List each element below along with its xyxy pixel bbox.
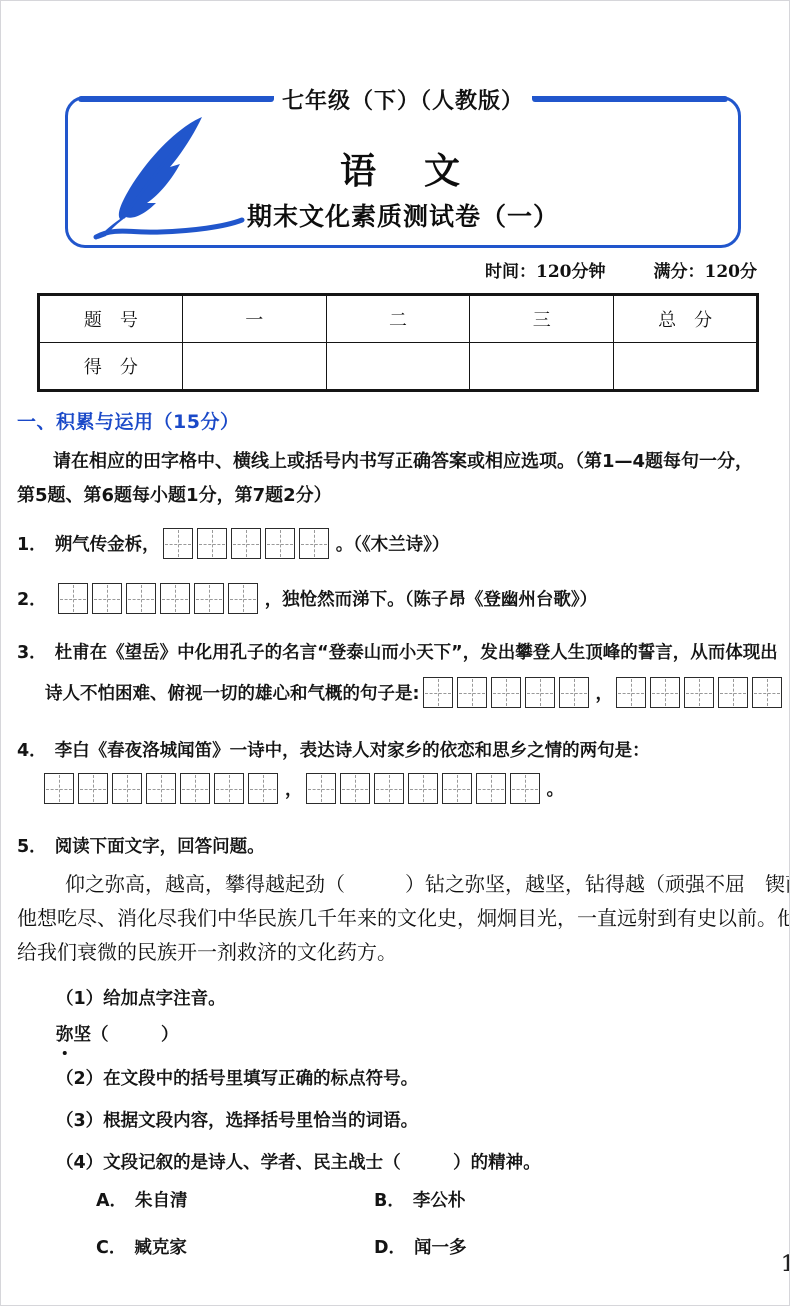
question-4-answer-grid-b: [306, 773, 544, 804]
instructions-line-1: 请在相应的田字格中、横线上或括号内书写正确答案或相应选项。（第1—4题每句一分，: [17, 445, 777, 479]
question-4: 4． 李白《春夜洛城闻笛》一诗中，表达诗人对家乡的依恋和思乡之情的两句是：: [17, 737, 650, 762]
banner-line-left: [78, 96, 274, 102]
tianzige-cell: [265, 528, 295, 559]
option-a-text: 朱自清: [135, 1187, 188, 1212]
score-table: 题 号 一 二 三 总 分 得 分: [37, 293, 759, 392]
tianzige-cell: [248, 773, 278, 804]
score-table-cell-total: 总 分: [614, 295, 758, 343]
tianzige-cell: [214, 773, 244, 804]
question-1-answer-grid: [163, 528, 333, 559]
option-d-text: 闻一多: [414, 1234, 467, 1259]
option-d: D． 闻一多: [374, 1234, 696, 1259]
passage-line-3: 给我们衰微的民族开一剂救济的文化药方。: [17, 935, 779, 969]
question-4-separator: ，: [285, 776, 303, 801]
question-3-answer-grid-b: [616, 677, 786, 708]
question-4-period: 。: [547, 776, 565, 801]
question-5-passage: 仰之弥高，越高，攀得越起劲（ ）钻之弥坚，越坚，钻得越（顽强不屈 锲而不舍）。 …: [17, 867, 779, 969]
option-c: C． 臧克家: [96, 1234, 374, 1259]
option-a-label: A．: [96, 1187, 127, 1212]
exam-paper-page: 七年级（下）（人教版） 语 文 期末文化素质测试卷（一） 时间：120分钟 满分…: [0, 0, 790, 1306]
page-number: 1: [781, 1251, 790, 1277]
tianzige-cell: [228, 583, 258, 614]
tianzige-cell: [299, 528, 329, 559]
tianzige-cell: [194, 583, 224, 614]
question-3-text-line-2: 诗人不怕困难、俯视一切的雄心和气概的句子是:: [45, 680, 420, 705]
dotted-character: 弥: [56, 1021, 74, 1046]
tianzige-cell: [44, 773, 74, 804]
score-table-cell-label: 题 号: [39, 295, 183, 343]
tianzige-cell: [163, 528, 193, 559]
title-box: 七年级（下）（人教版） 语 文 期末文化素质测试卷（一）: [65, 96, 741, 248]
grade-banner: 七年级（下）（人教版）: [78, 85, 728, 113]
passage-line-2: 他想吃尽、消化尽我们中华民族几千年来的文化史，炯炯目光，一直远射到有史以前。他要: [17, 901, 779, 935]
tianzige-cell: [476, 773, 506, 804]
score-table-cell-two: 二: [326, 295, 470, 343]
tianzige-cell: [408, 773, 438, 804]
option-b: B． 李公朴: [374, 1187, 696, 1212]
tianzige-cell: [197, 528, 227, 559]
question-1-source: 。（《木兰诗》）: [336, 531, 450, 556]
tianzige-cell: [306, 773, 336, 804]
question-5-sub-1: （1）给加点字注音。: [56, 985, 226, 1010]
score-table-header-row: 题 号 一 二 三 总 分: [39, 295, 758, 343]
tianzige-cell: [160, 583, 190, 614]
tianzige-cell: [525, 677, 555, 708]
score-cell-empty: [326, 343, 470, 391]
question-5-sub-2: （2）在文段中的括号里填写正确的标点符号。: [56, 1065, 418, 1090]
full-score: 满分：120分: [654, 257, 758, 282]
question-2: 2． ，独怆然而涕下。（陈子昂《登幽州台歌》）: [17, 583, 597, 614]
tianzige-cell: [457, 677, 487, 708]
tianzige-cell: [616, 677, 646, 708]
question-5-options: A． 朱自清 B． 李公朴 C． 臧克家 D． 闻一多: [96, 1187, 696, 1259]
question-3-separator: ，: [596, 680, 614, 705]
option-c-label: C．: [96, 1234, 126, 1259]
tianzige-cell: [58, 583, 88, 614]
question-5-sub-3: （3）根据文段内容，选择括号里恰当的词语。: [56, 1107, 418, 1132]
exam-subtitle: 期末文化素质测试卷（一）: [68, 197, 738, 233]
score-table-cell-three: 三: [470, 295, 614, 343]
question-4-answer-grid-a: [44, 773, 282, 804]
question-1-number: 1．: [17, 531, 47, 556]
tianzige-cell: [340, 773, 370, 804]
question-5-prompt: 阅读下面文字，回答问题。: [55, 833, 265, 858]
score-table-cell-one: 一: [182, 295, 326, 343]
score-cell-empty: [614, 343, 758, 391]
score-cell-empty: [182, 343, 326, 391]
sub-1-item-rest: 坚（ ）: [74, 1025, 179, 1045]
question-3-number: 3．: [17, 639, 47, 664]
score-row-label: 得 分: [39, 343, 183, 391]
tianzige-cell: [126, 583, 156, 614]
tianzige-cell: [374, 773, 404, 804]
tianzige-cell: [231, 528, 261, 559]
time-limit: 时间：120分钟: [485, 257, 606, 282]
question-1-text: 朔气传金柝，: [55, 531, 160, 556]
tianzige-cell: [442, 773, 472, 804]
option-b-text: 李公朴: [413, 1187, 466, 1212]
exam-info-line: 时间：120分钟 满分：120分: [485, 257, 757, 282]
question-2-answer-grid: [58, 583, 262, 614]
option-c-text: 臧克家: [134, 1234, 187, 1259]
question-2-number: 2．: [17, 586, 47, 611]
score-table-score-row: 得 分: [39, 343, 758, 391]
question-5-number: 5．: [17, 833, 47, 858]
question-1: 1． 朔气传金柝， 。（《木兰诗》）: [17, 528, 449, 559]
option-d-label: D．: [374, 1234, 406, 1259]
question-5-sub-4: （4）文段记叙的是诗人、学者、民主战士（ ）的精神。: [56, 1149, 541, 1174]
question-4-text: 李白《春夜洛城闻笛》一诗中，表达诗人对家乡的依恋和思乡之情的两句是：: [55, 737, 650, 762]
question-3-text-line-1: 杜甫在《望岳》中化用孔子的名言“登泰山而小天下”，发出攀登人生顶峰的誓言，从而体…: [55, 639, 778, 664]
question-3-line-2: 诗人不怕困难、俯视一切的雄心和气概的句子是: ， 。: [45, 677, 790, 708]
section-title: 一、积累与运用（15分）: [17, 407, 239, 434]
score-cell-empty: [470, 343, 614, 391]
question-4-answer-row: ， 。: [41, 773, 564, 804]
passage-line-1: 仰之弥高，越高，攀得越起劲（ ）钻之弥坚，越坚，钻得越（顽强不屈 锲而不舍）。: [17, 867, 779, 901]
tianzige-cell: [146, 773, 176, 804]
tianzige-cell: [718, 677, 748, 708]
tianzige-cell: [491, 677, 521, 708]
instructions-line-2: 第5题、第6题每小题1分，第7题2分）: [17, 479, 777, 513]
tianzige-cell: [112, 773, 142, 804]
tianzige-cell: [92, 583, 122, 614]
question-2-source: ，独怆然而涕下。（陈子昂《登幽州台歌》）: [265, 586, 598, 611]
tianzige-cell: [752, 677, 782, 708]
grade-label: 七年级（下）（人教版）: [274, 84, 532, 115]
tianzige-cell: [78, 773, 108, 804]
banner-line-right: [532, 96, 728, 102]
subject-title: 语 文: [68, 143, 738, 194]
section-instructions: 请在相应的田字格中、横线上或括号内书写正确答案或相应选项。（第1—4题每句一分，…: [17, 445, 777, 513]
option-a: A． 朱自清: [96, 1187, 374, 1212]
tianzige-cell: [650, 677, 680, 708]
tianzige-cell: [684, 677, 714, 708]
question-5-sub-1-item: 弥坚（ ）: [56, 1021, 179, 1046]
tianzige-cell: [510, 773, 540, 804]
question-5: 5． 阅读下面文字，回答问题。: [17, 833, 265, 858]
question-4-number: 4．: [17, 737, 47, 762]
tianzige-cell: [180, 773, 210, 804]
tianzige-cell: [423, 677, 453, 708]
tianzige-cell: [559, 677, 589, 708]
question-3: 3． 杜甫在《望岳》中化用孔子的名言“登泰山而小天下”，发出攀登人生顶峰的誓言，…: [17, 639, 778, 664]
option-b-label: B．: [374, 1187, 405, 1212]
question-3-answer-grid-a: [423, 677, 593, 708]
